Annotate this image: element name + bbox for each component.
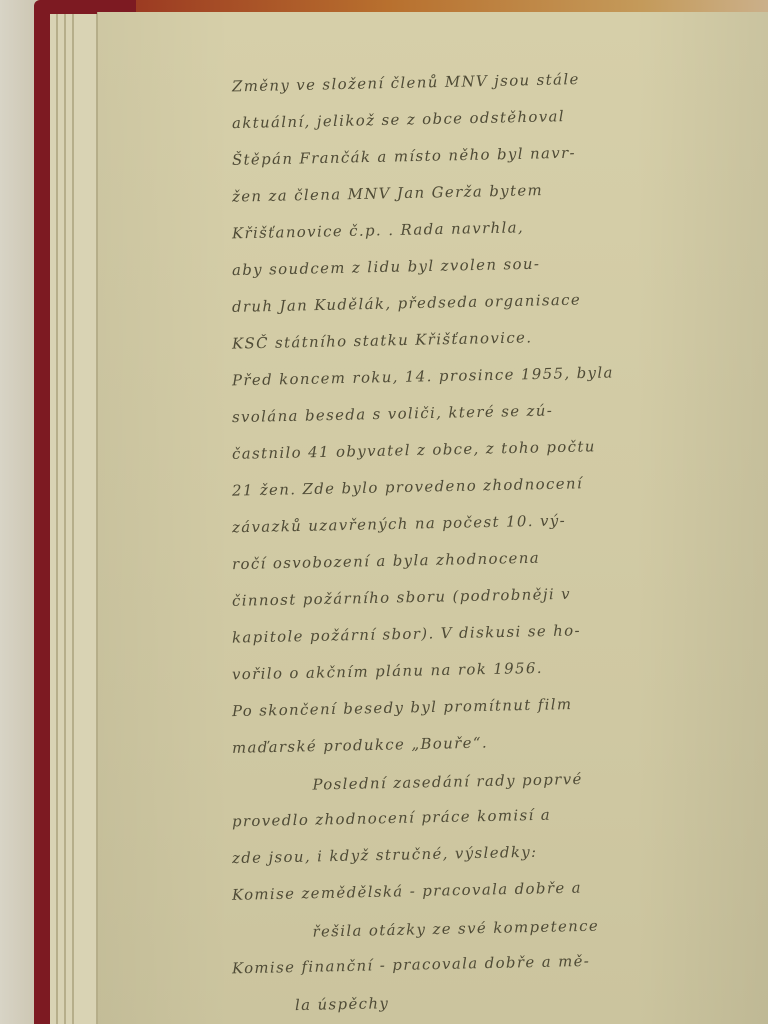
- page-edge-line: [72, 14, 74, 1024]
- text-line: la úspěchy: [295, 995, 390, 1014]
- page-edge-line: [64, 14, 66, 1024]
- page-edge-line: [56, 14, 58, 1024]
- backdrop: [0, 0, 36, 1024]
